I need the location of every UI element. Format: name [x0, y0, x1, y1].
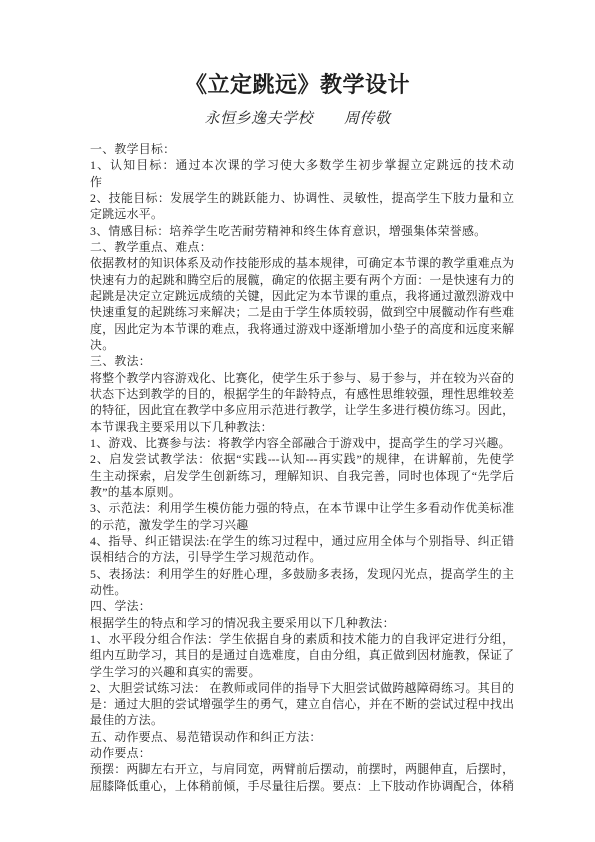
text-line: 快速有力的起跳和腾空后的展髋，确定的依据主要有两个方面：一是快速有力的 [90, 272, 514, 288]
document-author-line: 永恒乡逸夫学校 周传敬 [0, 107, 595, 128]
text-line: 预摆：两脚左右开立，与肩同宽，两臂前后摆动，前摆时，两腿伸直，后摆时， [90, 761, 514, 777]
document-body: 一、教学目标：1、认知目标：通过本次课的学习使大多数学生初步掌握立定跳远的技术动… [90, 141, 514, 794]
text-line: 1、游戏、比赛参与法：将教学内容全部融合于游戏中，提高学生的学习兴趣。 [90, 435, 514, 451]
text-line: 状态下达到教学的目的，根据学生的年龄特点，有感性思维较强，理性思维较差 [90, 386, 514, 402]
text-line: 度，因此定为本节课的难点，我将通过游戏中逐渐增加小垫子的高度和远度来解 [90, 321, 514, 337]
text-line: 是：通过大胆的尝试增强学生的勇气，建立自信心，并在不断的尝试过程中找出 [90, 696, 514, 712]
text-line: 作 [90, 174, 514, 190]
text-line: 1、水平段分组合作法：学生依据自身的素质和技术能力的自我评定进行分组， [90, 631, 514, 647]
text-line: 决。 [90, 337, 514, 353]
text-line: 2、大胆尝试练习法： 在教师或同伴的指导下大胆尝试做跨越障碍练习。其目的 [90, 680, 514, 696]
text-line: 2、启发尝试教学法：依据“实践---认知---再实践”的规律，在讲解前，先使学 [90, 451, 514, 467]
text-line: 四、学法： [90, 598, 514, 614]
text-line: 起跳是决定立定跳远成绩的关键，因此定为本节课的重点，我将通过激烈游戏中 [90, 288, 514, 304]
text-line: 最佳的方法。 [90, 712, 514, 728]
text-line: 教”的基本原则。 [90, 484, 514, 500]
text-line: 组内互助学习，其目的是通过自选难度，自由分组，真正做到因材施教，保证了 [90, 647, 514, 663]
text-line: 依据教材的知识体系及动作技能形成的基本规律，可确定本节课的教学重难点为 [90, 255, 514, 271]
text-line: 将整个教学内容游戏化、比赛化，使学生乐于参与、易于参与，并在较为兴奋的 [90, 370, 514, 386]
text-line: 学生学习的兴趣和真实的需要。 [90, 664, 514, 680]
text-line: 3、情感目标：培养学生吃苦耐劳精神和终生体育意识，增强集体荣誉感。 [90, 223, 514, 239]
text-line: 一、教学目标： [90, 141, 514, 157]
document-title: 《立定跳远》教学设计 [0, 68, 595, 99]
text-line: 根据学生的特点和学习的情况我主要采用以下几种教法： [90, 615, 514, 631]
text-line: 三、教法： [90, 353, 514, 369]
text-line: 的示范，激发学生的学习兴趣 [90, 517, 514, 533]
text-line: 的特征，因此宜在教学中多应用示范进行教学，让学生多进行模仿练习。因此， [90, 402, 514, 418]
text-line: 定跳远水平。 [90, 206, 514, 222]
text-line: 2、技能目标：发展学生的跳跃能力、协调性、灵敏性，提高学生下肢力量和立 [90, 190, 514, 206]
text-line: 本节课我主要采用以下几种教法： [90, 419, 514, 435]
text-line: 3、示范法：利用学生模仿能力强的特点，在本节课中让学生多看动作优美标准 [90, 500, 514, 516]
text-line: 5、表扬法：利用学生的好胜心理，多鼓励多表扬，发现闪光点，提高学生的主 [90, 566, 514, 582]
text-line: 误相结合的方法，引导学生学习规范动作。 [90, 549, 514, 565]
document-page: 《立定跳远》教学设计 永恒乡逸夫学校 周传敬 一、教学目标：1、认知目标：通过本… [0, 0, 595, 842]
text-line: 二、教学重点、难点： [90, 239, 514, 255]
text-line: 生主动探索，启发学生创新练习，理解知识、自我完善，同时也体现了“先学后 [90, 468, 514, 484]
text-line: 动作要点： [90, 745, 514, 761]
text-line: 快速重复的起跳练习来解决；二是由于学生体质较弱，做到空中展髋动作有些难 [90, 304, 514, 320]
text-line: 动性。 [90, 582, 514, 598]
text-line: 1、认知目标：通过本次课的学习使大多数学生初步掌握立定跳远的技术动 [90, 157, 514, 173]
text-line: 五、动作要点、易范错误动作和纠正方法： [90, 729, 514, 745]
text-line: 4、指导、纠正错误法:在学生的练习过程中，通过应用全体与个别指导、纠正错 [90, 533, 514, 549]
text-line: 屈膝降低重心，上体稍前倾，手尽量往后摆。要点：上下肢动作协调配合，体稍 [90, 778, 514, 794]
